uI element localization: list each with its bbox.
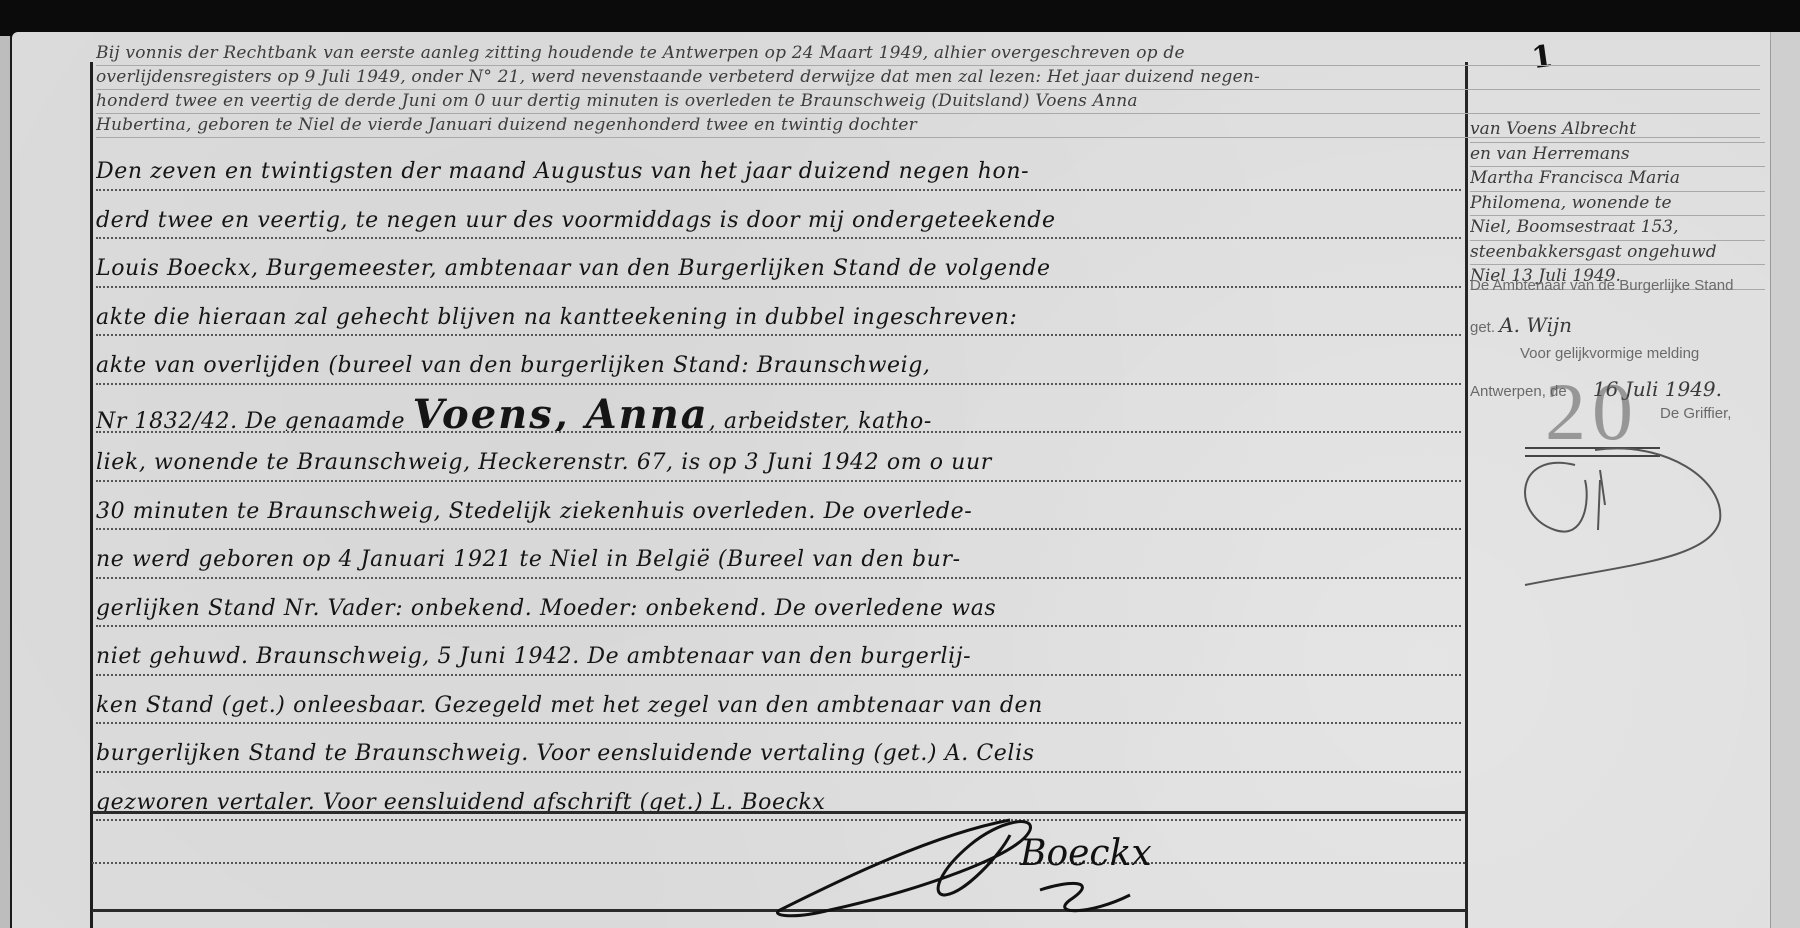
body-line: Den zeven en twintigsten der maand Augus… <box>96 142 1461 191</box>
closing-rule-top <box>92 811 1465 814</box>
margin-line: Martha Francisca Maria <box>1470 167 1765 192</box>
annotation-line: overlijdensregisters op 9 Juli 1949, ond… <box>96 66 1760 90</box>
body-line: liek, wonende te Braunschweig, Heckerens… <box>96 433 1461 482</box>
margin-line: Niel, Boomsestraat 153, <box>1470 216 1765 241</box>
body-line: 30 minuten te Braunschweig, Stedelijk zi… <box>96 482 1461 531</box>
stamp-signed-prefix: get. <box>1470 319 1495 336</box>
annotation-line: honderd twee en veertig de derde Juni om… <box>96 90 1760 114</box>
record-body: Den zeven en twintigsten der maand Augus… <box>96 142 1461 821</box>
body-line: ken Stand (get.) onleesbaar. Gezegeld me… <box>96 676 1461 725</box>
body-line: derd twee en veertig, te negen uur des v… <box>96 191 1461 240</box>
margin-line: en van Herremans <box>1470 143 1765 168</box>
body-line: akte van overlijden (bureel van den burg… <box>96 336 1461 385</box>
svg-text:Boeckx: Boeckx <box>1019 833 1152 874</box>
scan-right-edge <box>1770 32 1800 928</box>
margin-line: van Voens Albrecht <box>1470 118 1765 143</box>
margin-line: steenbakkersgast ongehuwd <box>1470 241 1765 266</box>
deceased-name: Voens, Anna <box>413 391 709 434</box>
stamp-signed-name: A. Wijn <box>1499 313 1572 337</box>
annotation-line: Bij vonnis der Rechtbank van eerste aanl… <box>96 42 1760 66</box>
margin-line: Philomena, wonende te <box>1470 192 1765 217</box>
stamp-conformity: Voor gelijkvormige melding <box>1520 345 1699 362</box>
signature-icon: Boeckx <box>770 815 1300 925</box>
body-line-with-name: Nr 1832/42. De genaamde Voens, Anna, arb… <box>96 385 1461 434</box>
stamp-title: De Ambtenaar van de Burgerlijke Stand <box>1470 277 1734 294</box>
margin-column-rule <box>1465 62 1468 928</box>
body-line: ne werd geboren op 4 Januari 1921 te Nie… <box>96 530 1461 579</box>
left-margin-rule <box>90 62 93 928</box>
body-line: burgerlijken Stand te Braunschweig. Voor… <box>96 724 1461 773</box>
right-margin-rule <box>1770 40 1771 928</box>
margin-annotation: van Voens Albrecht en van Herremans Mart… <box>1470 118 1765 290</box>
body-line: akte die hieraan zal gehecht blijven na … <box>96 288 1461 337</box>
body-line-suffix: , arbeidster, katho- <box>709 409 932 434</box>
body-line: Louis Boeckx, Burgemeester, ambtenaar va… <box>96 239 1461 288</box>
body-line: niet gehuwd. Braunschweig, 5 Juni 1942. … <box>96 627 1461 676</box>
body-line-prefix: Nr 1832/42. De genaamde <box>96 409 413 434</box>
registrar-signature: Boeckx <box>770 815 1300 925</box>
body-line: gerlijken Stand Nr. Vader: onbekend. Moe… <box>96 579 1461 628</box>
paraph-flourish-icon <box>1505 420 1735 590</box>
scan-left-edge <box>0 36 12 928</box>
